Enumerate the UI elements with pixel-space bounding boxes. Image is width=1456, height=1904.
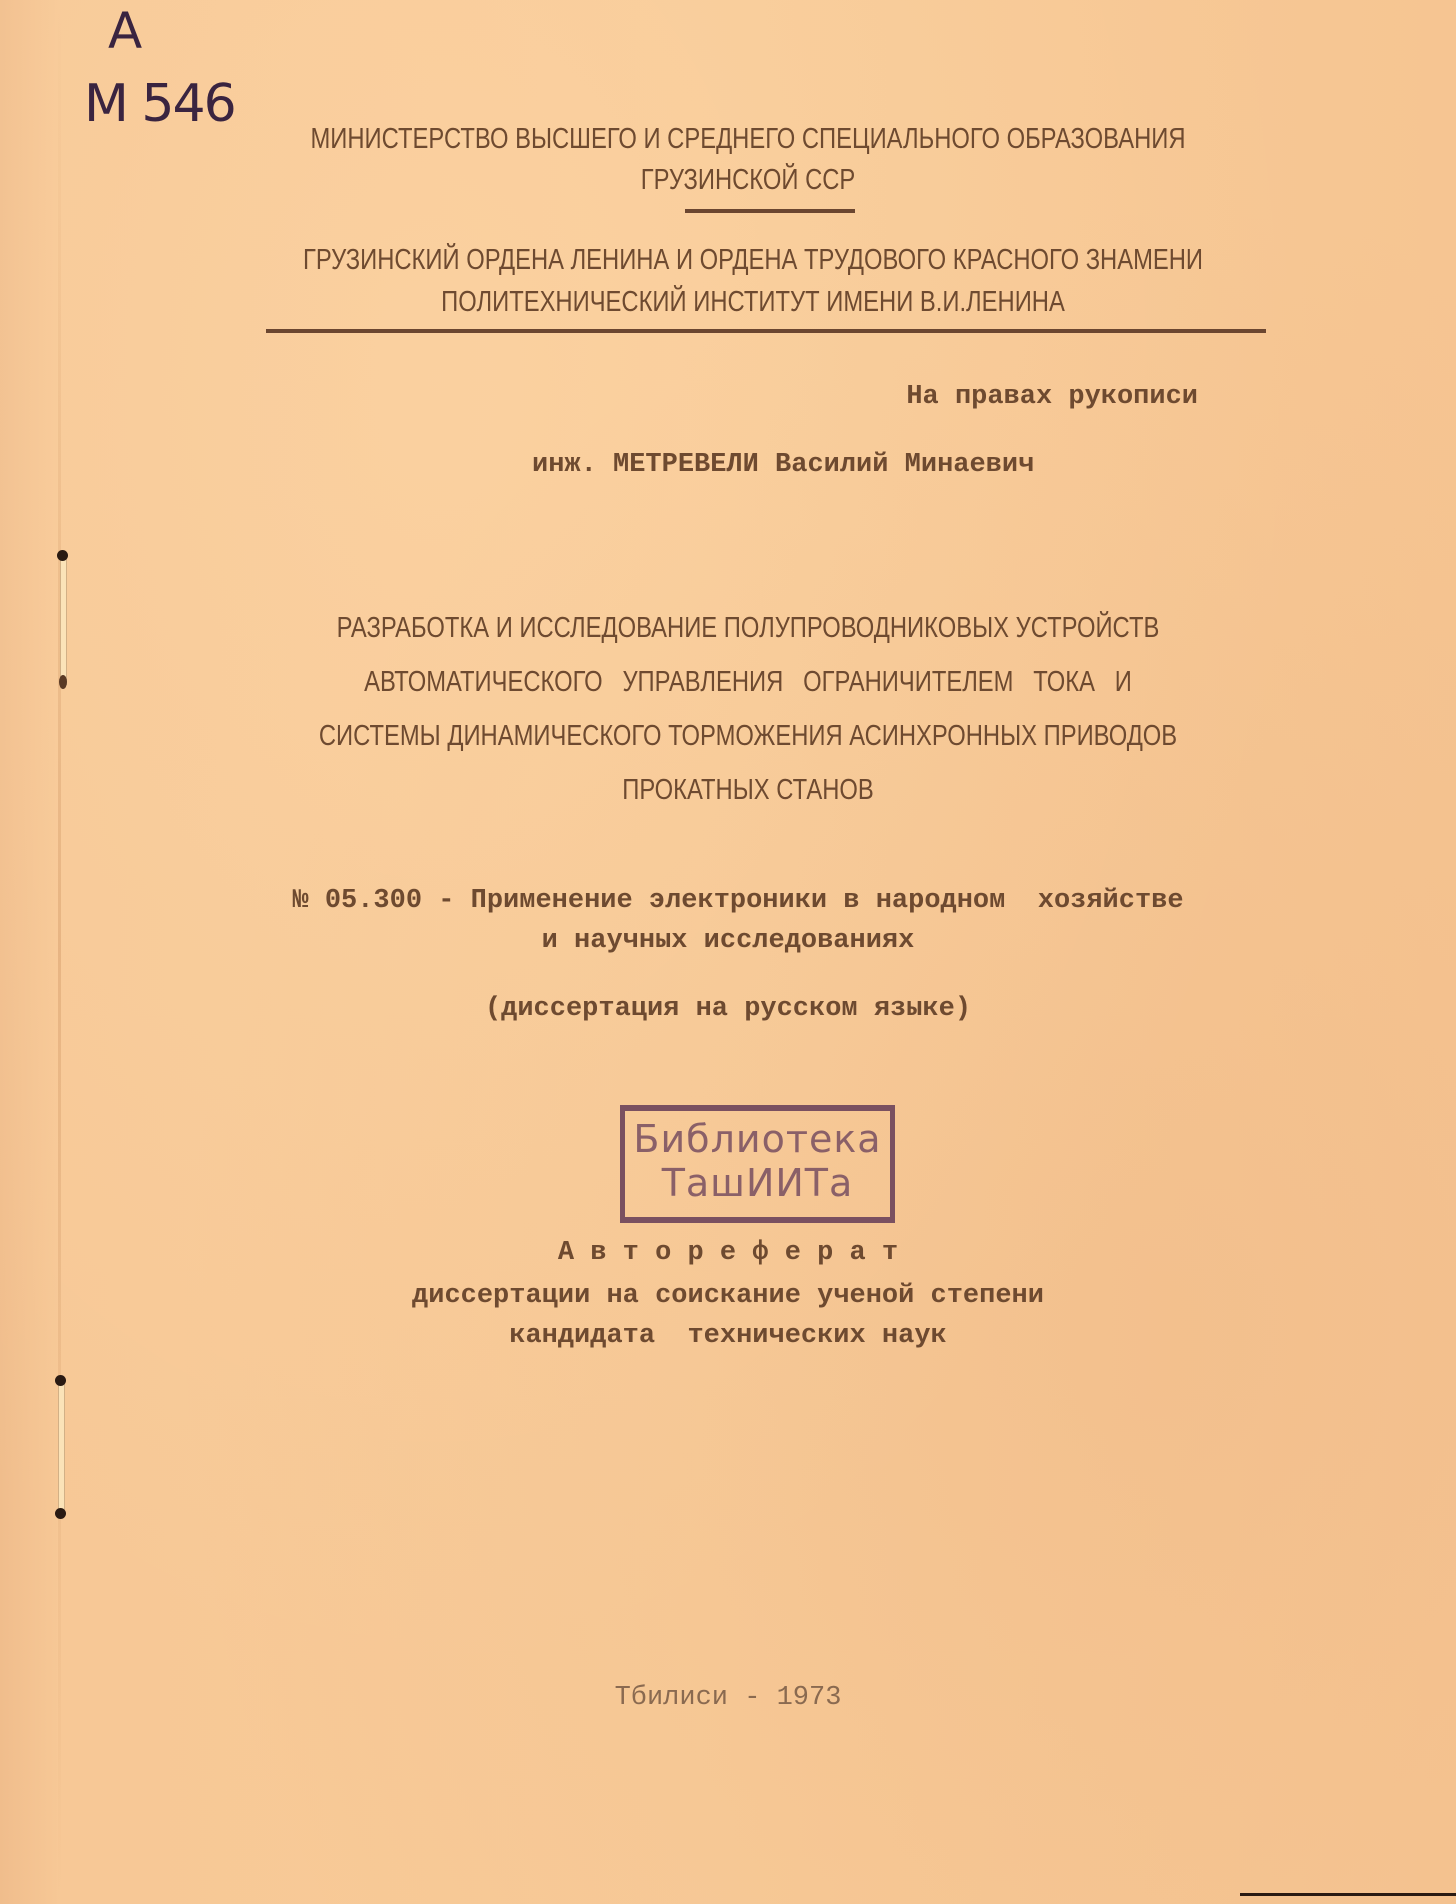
specialty-line-1: № 05.300 - Применение электроники в наро… [20, 888, 1456, 915]
rights-note: На правах рукописи [906, 384, 1198, 411]
institute-line-1: ГРУЗИНСКИЙ ОРДЕНА ЛЕНИНА И ОРДЕНА ТРУДОВ… [177, 246, 1330, 275]
staple-hole-icon [55, 1375, 66, 1386]
ministry-line-1: МИНИСТЕРСТВО ВЫСШЕГО И СРЕДНЕГО СПЕЦИАЛЬ… [167, 125, 1328, 154]
thesis-title-line-3: СИСТЕМЫ ДИНАМИЧЕСКОГО ТОРМОЖЕНИЯ АСИНХРО… [167, 722, 1328, 751]
library-stamp: Библиотека ТашИИТа [620, 1105, 895, 1223]
handwritten-shelf-number: М 546 [84, 78, 235, 130]
abstract-line-2: диссертации на соискание ученой степени [0, 1283, 1456, 1310]
staple-bottom [58, 1380, 65, 1515]
staple-hole-icon [57, 550, 68, 561]
stamp-line-1: Библиотека [625, 1117, 890, 1161]
bottom-edge-shadow [1240, 1893, 1456, 1896]
abstract-line-3: кандидата технических наук [0, 1323, 1456, 1350]
staple-hole-icon [59, 675, 67, 689]
stamp-line-2: ТашИИТа [625, 1161, 890, 1205]
author-name: инж. МЕТРЕВЕЛИ Василий Минаевич [532, 452, 1456, 479]
staple-hole-icon [55, 1508, 66, 1519]
institute-divider [266, 329, 1266, 333]
ministry-divider [685, 209, 855, 213]
specialty-line-2: и научных исследованиях [0, 928, 1456, 955]
institute-line-2: ПОЛИТЕХНИЧЕСКИЙ ИНСТИТУТ ИМЕНИ В.И.ЛЕНИН… [177, 288, 1330, 317]
place-and-year: Тбилиси - 1973 [0, 1685, 1456, 1712]
staple-top [60, 555, 67, 685]
ministry-line-2: ГРУЗИНСКОЙ ССР [167, 166, 1328, 195]
thesis-title-line-2: АВТОМАТИЧЕСКОГО УПРАВЛЕНИЯ ОГРАНИЧИТЕЛЕМ… [167, 668, 1328, 697]
thesis-title-line-1: РАЗРАБОТКА И ИССЛЕДОВАНИЕ ПОЛУПРОВОДНИКО… [167, 614, 1328, 643]
handwritten-shelf-letter: А [108, 6, 142, 56]
abstract-heading: А в т о р е ф е р а т [0, 1240, 1456, 1267]
language-note: (диссертация на русском языке) [0, 996, 1456, 1023]
thesis-title-line-4: ПРОКАТНЫХ СТАНОВ [167, 776, 1328, 805]
